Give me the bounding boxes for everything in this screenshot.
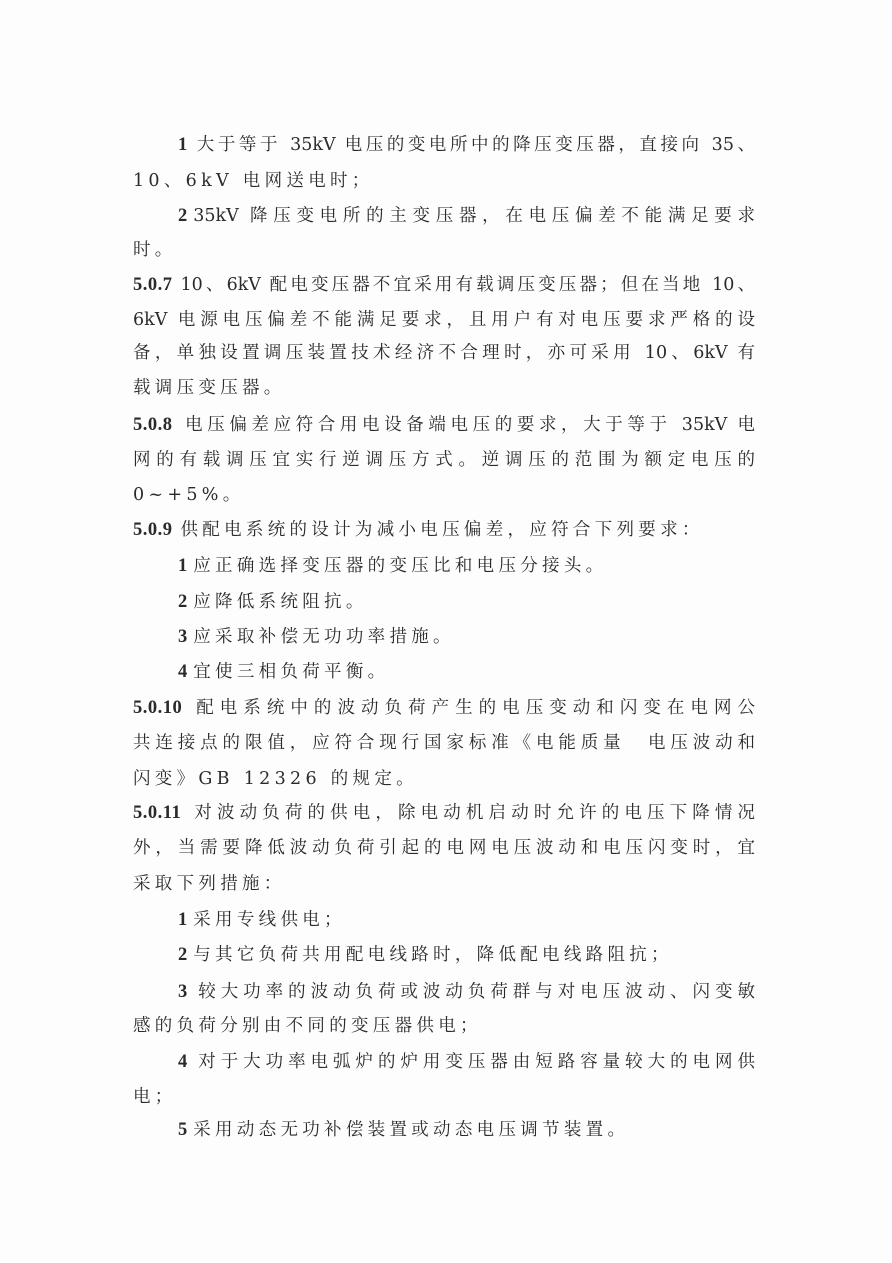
line-text: 采用专线供电；: [193, 910, 346, 930]
text-line: 电；: [133, 1082, 755, 1112]
clause-line: 5.0.9供配电系统的设计为减小电压偏差，应符合下列要求：: [133, 515, 755, 545]
line-text: 对波动负荷的供电，除电动机启动时允许的电压下降情况: [189, 803, 755, 823]
line-text: 与其它负荷共用配电线路时，降低配电线路阻抗；: [193, 945, 673, 965]
clause-number: 5.0.9: [133, 520, 173, 540]
line-text: 应正确选择变压器的变压比和电压分接头。: [193, 556, 607, 576]
line-text: 外，当需要降低波动负荷引起的电网电压波动和电压闪变时，宜: [133, 838, 755, 858]
line-text: 闪变》GB 12326 的规定。: [133, 769, 418, 789]
clause-line: 5.0.8电压偏差应符合用电设备端电压的要求，大于等于 35kV 电: [133, 410, 755, 440]
clause-number: 5.0.11: [133, 803, 181, 823]
item-number: 5: [178, 1120, 187, 1140]
line-text: 电压偏差应符合用电设备端电压的要求，大于等于 35kV 电: [181, 415, 756, 435]
list-item-line: 3应采取补偿无功功率措施。: [178, 622, 755, 652]
list-item-line: 1采用专线供电；: [178, 905, 755, 935]
list-item-line: 4对于大功率电弧炉的炉用变压器由短路容量较大的电网供: [178, 1047, 755, 1077]
line-text: 6kV 电源电压偏差不能满足要求，且用户有对电压要求严格的设: [133, 310, 755, 330]
item-number: 1: [178, 135, 187, 155]
clause-number: 5.0.8: [133, 415, 173, 435]
item-number: 3: [178, 982, 187, 1002]
text-line: 共连接点的限值，应符合现行国家标准《电能质量 电压波动和: [133, 728, 755, 758]
line-text: 35kV 降压变电所的主变压器，在电压偏差不能满足要求: [193, 206, 755, 226]
list-item-line: 3较大功率的波动负荷或波动负荷群与对电压波动、闪变敏: [178, 977, 755, 1007]
list-item-line: 5采用动态无功补偿装置或动态电压调节装置。: [178, 1115, 755, 1145]
list-item-line: 1大于等于 35kV 电压的变电所中的降压变压器，直接向 35、: [178, 130, 755, 160]
line-text: 共连接点的限值，应符合现行国家标准《电能质量 电压波动和: [133, 733, 755, 753]
text-line: 采取下列措施：: [133, 869, 755, 899]
text-line: 备，单独设置调压装置技术经济不合理时，亦可采用 10、6kV 有: [133, 338, 755, 368]
line-text: 10、6kV 电网送电时；: [133, 171, 374, 191]
line-text: 应降低系统阻抗。: [193, 592, 367, 612]
line-text: 应采取补偿无功功率措施。: [193, 627, 455, 647]
item-number: 2: [178, 592, 187, 612]
line-text: 电；: [133, 1087, 177, 1107]
line-text: 宜使三相负荷平衡。: [193, 662, 389, 682]
item-number: 1: [178, 910, 187, 930]
text-line: 网的有载调压宜实行逆调压方式。逆调压的范围为额定电压的: [133, 445, 755, 475]
text-line: 载调压变压器。: [133, 373, 755, 403]
line-text: 配电系统中的波动负荷产生的电压变动和闪变在电网公: [190, 698, 755, 718]
item-number: 4: [178, 662, 187, 682]
line-text: 备，单独设置调压装置技术经济不合理时，亦可采用 10、6kV 有: [133, 343, 755, 363]
line-text: 时。: [133, 240, 177, 260]
text-line: 闪变》GB 12326 的规定。: [133, 764, 755, 794]
line-text: 较大功率的波动负荷或波动负荷群与对电压波动、闪变敏: [193, 982, 755, 1002]
text-line: 0~+5%。: [133, 480, 755, 510]
clause-number: 5.0.7: [133, 275, 173, 295]
text-line: 6kV 电源电压偏差不能满足要求，且用户有对电压要求严格的设: [133, 305, 755, 335]
clause-line: 5.0.11对波动负荷的供电，除电动机启动时允许的电压下降情况: [133, 798, 755, 828]
text-line: 感的负荷分别由不同的变压器供电；: [133, 1011, 755, 1041]
line-text: 载调压变压器。: [133, 378, 286, 398]
clause-line: 5.0.10配电系统中的波动负荷产生的电压变动和闪变在电网公: [133, 693, 755, 723]
list-item-line: 2应降低系统阻抗。: [178, 587, 755, 617]
line-text: 0~+5%。: [133, 485, 245, 505]
item-number: 2: [178, 206, 187, 226]
list-item-line: 4宜使三相负荷平衡。: [178, 657, 755, 687]
line-text: 采用动态无功补偿装置或动态电压调节装置。: [193, 1120, 629, 1140]
line-text: 采取下列措施：: [133, 874, 286, 894]
text-line: 10、6kV 电网送电时；: [133, 166, 755, 196]
line-text: 大于等于 35kV 电压的变电所中的降压变压器，直接向 35、: [193, 135, 755, 155]
list-item-line: 2与其它负荷共用配电线路时，降低配电线路阻抗；: [178, 940, 755, 970]
list-item-line: 235kV 降压变电所的主变压器，在电压偏差不能满足要求: [178, 201, 755, 231]
text-line: 外，当需要降低波动负荷引起的电网电压波动和电压闪变时，宜: [133, 833, 755, 863]
line-text: 感的负荷分别由不同的变压器供电；: [133, 1016, 482, 1036]
item-number: 2: [178, 945, 187, 965]
line-text: 供配电系统的设计为减小电压偏差，应符合下列要求：: [181, 520, 704, 540]
clause-number: 5.0.10: [133, 698, 182, 718]
line-text: 对于大功率电弧炉的炉用变压器由短路容量较大的电网供: [193, 1052, 755, 1072]
text-line: 时。: [133, 235, 755, 265]
clause-line: 5.0.710、6kV 配电变压器不宜采用有载调压变压器；但在当地 10、: [133, 270, 755, 300]
line-text: 网的有载调压宜实行逆调压方式。逆调压的范围为额定电压的: [133, 450, 755, 470]
line-text: 10、6kV 配电变压器不宜采用有载调压变压器；但在当地 10、: [181, 275, 756, 295]
item-number: 4: [178, 1052, 187, 1072]
item-number: 3: [178, 627, 187, 647]
item-number: 1: [178, 556, 187, 576]
list-item-line: 1应正确选择变压器的变压比和电压分接头。: [178, 551, 755, 581]
document-page: 1大于等于 35kV 电压的变电所中的降压变压器，直接向 35、10、6kV 电…: [0, 0, 892, 1263]
